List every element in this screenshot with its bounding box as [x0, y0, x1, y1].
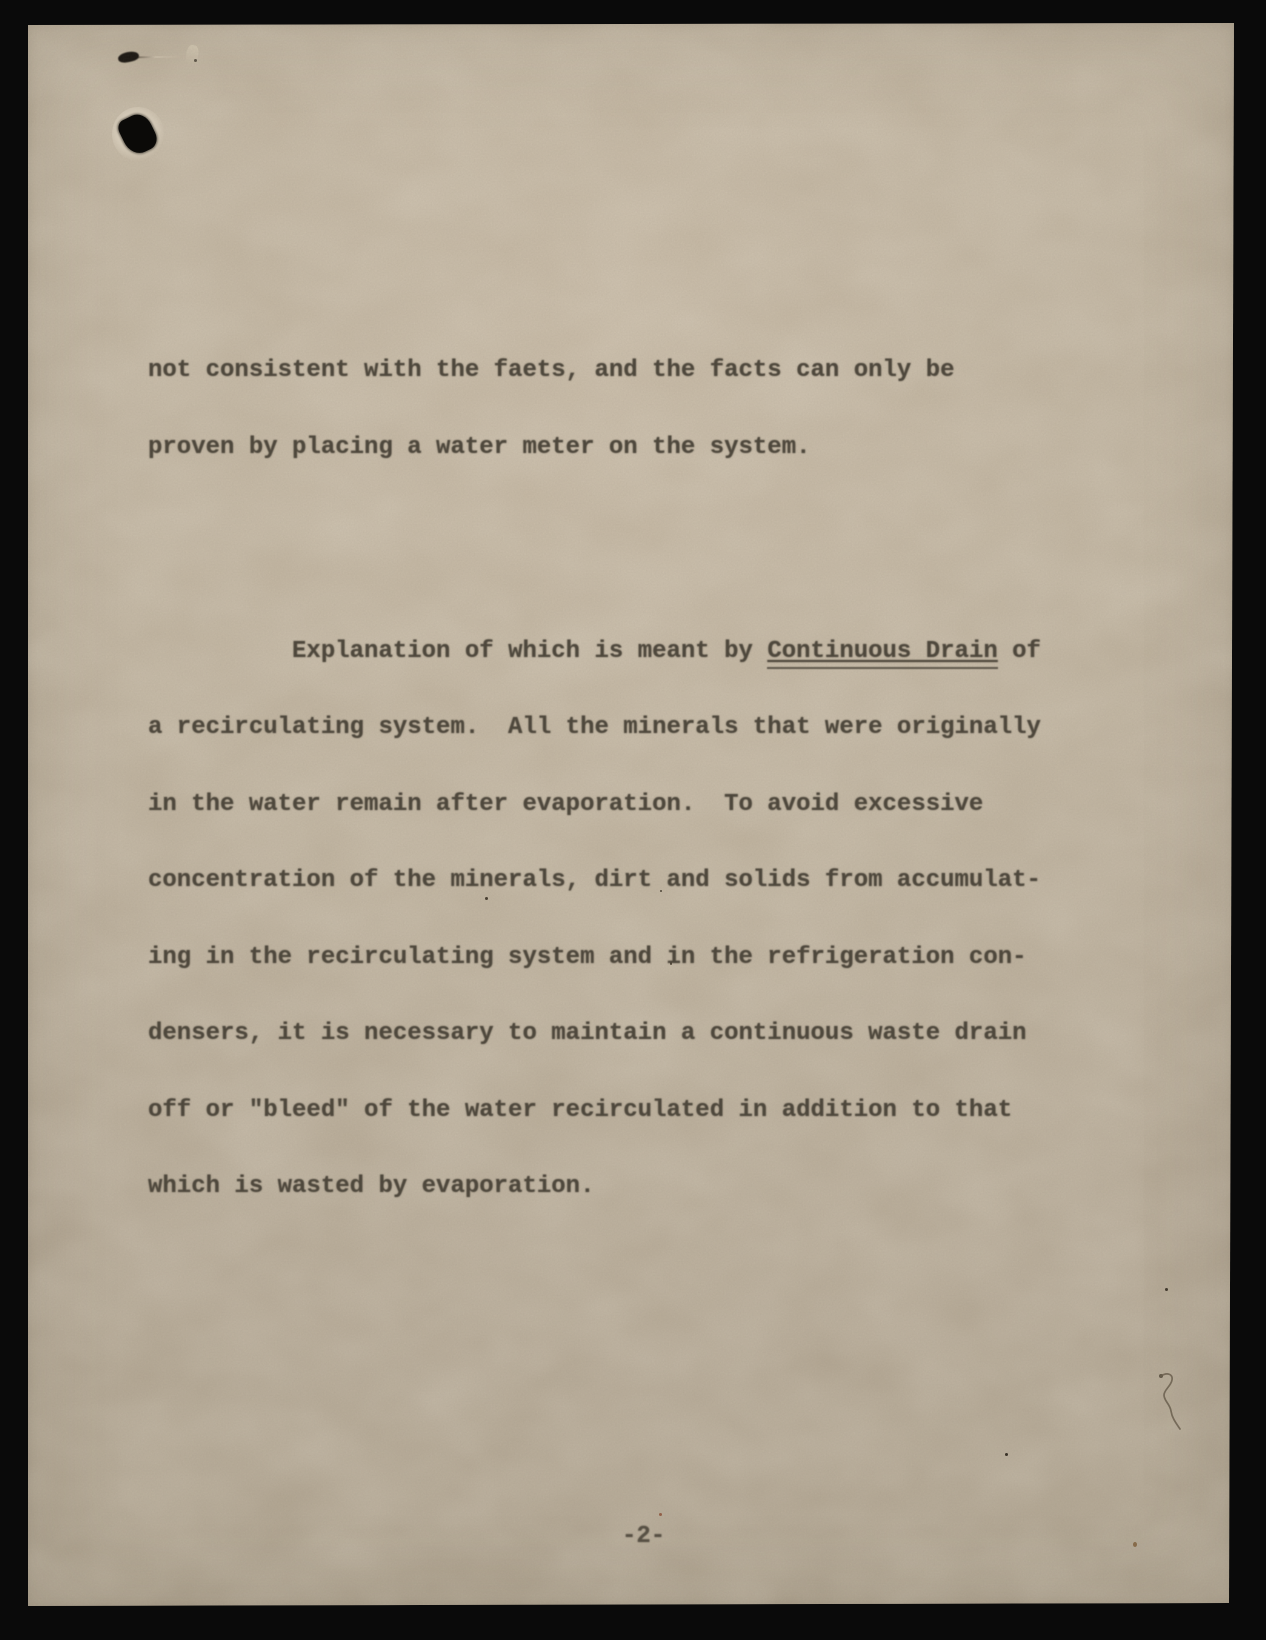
paragraph-2: Explanation of which is meant by Continu… — [148, 588, 1041, 1251]
text-line: ing in the recirculating system and in t… — [148, 945, 1041, 971]
text-line: in the water remain after evaporation. T… — [148, 792, 1041, 818]
line-text: of — [998, 638, 1041, 665]
pen-squiggle-mark — [1118, 1341, 1188, 1441]
paper-speck — [1165, 1288, 1168, 1291]
scratch-mark — [138, 56, 182, 59]
paper-speck — [670, 962, 672, 965]
line-text: Explanation of which is meant by — [292, 638, 767, 665]
text-line: not consistent with the faets, and the f… — [148, 358, 1041, 384]
paper-tear-speck — [194, 59, 197, 62]
paper-speck — [660, 890, 662, 892]
text-line: a recirculating system. All the minerals… — [148, 715, 1041, 741]
indent-spaces — [148, 638, 292, 665]
paragraph-1: not consistent with the faets, and the f… — [148, 307, 1041, 511]
paper-speck — [485, 897, 488, 900]
ink-smudge — [117, 50, 140, 64]
paper-speck — [659, 1513, 662, 1516]
underlined-phrase: Continuous Drain — [767, 638, 997, 669]
text-line: concentration of the minerals, dirt and … — [148, 868, 1041, 894]
text-line: Explanation of which is meant by Continu… — [148, 639, 1041, 665]
paper-speck — [1133, 1542, 1137, 1547]
text-line: which is wasted by evaporation. — [148, 1174, 1041, 1200]
typed-text-block: not consistent with the faets, and the f… — [148, 256, 1041, 1302]
paper-page: not consistent with the faets, and the f… — [28, 23, 1234, 1606]
text-line: densers, it is necessary to maintain a c… — [148, 1021, 1041, 1047]
paper-tear — [184, 44, 199, 68]
text-line: proven by placing a water meter on the s… — [148, 435, 1041, 461]
paper-speck — [1005, 1453, 1008, 1456]
page-number: -2- — [622, 1524, 665, 1550]
text-line: off or "bleed" of the water recirculated… — [148, 1098, 1041, 1124]
